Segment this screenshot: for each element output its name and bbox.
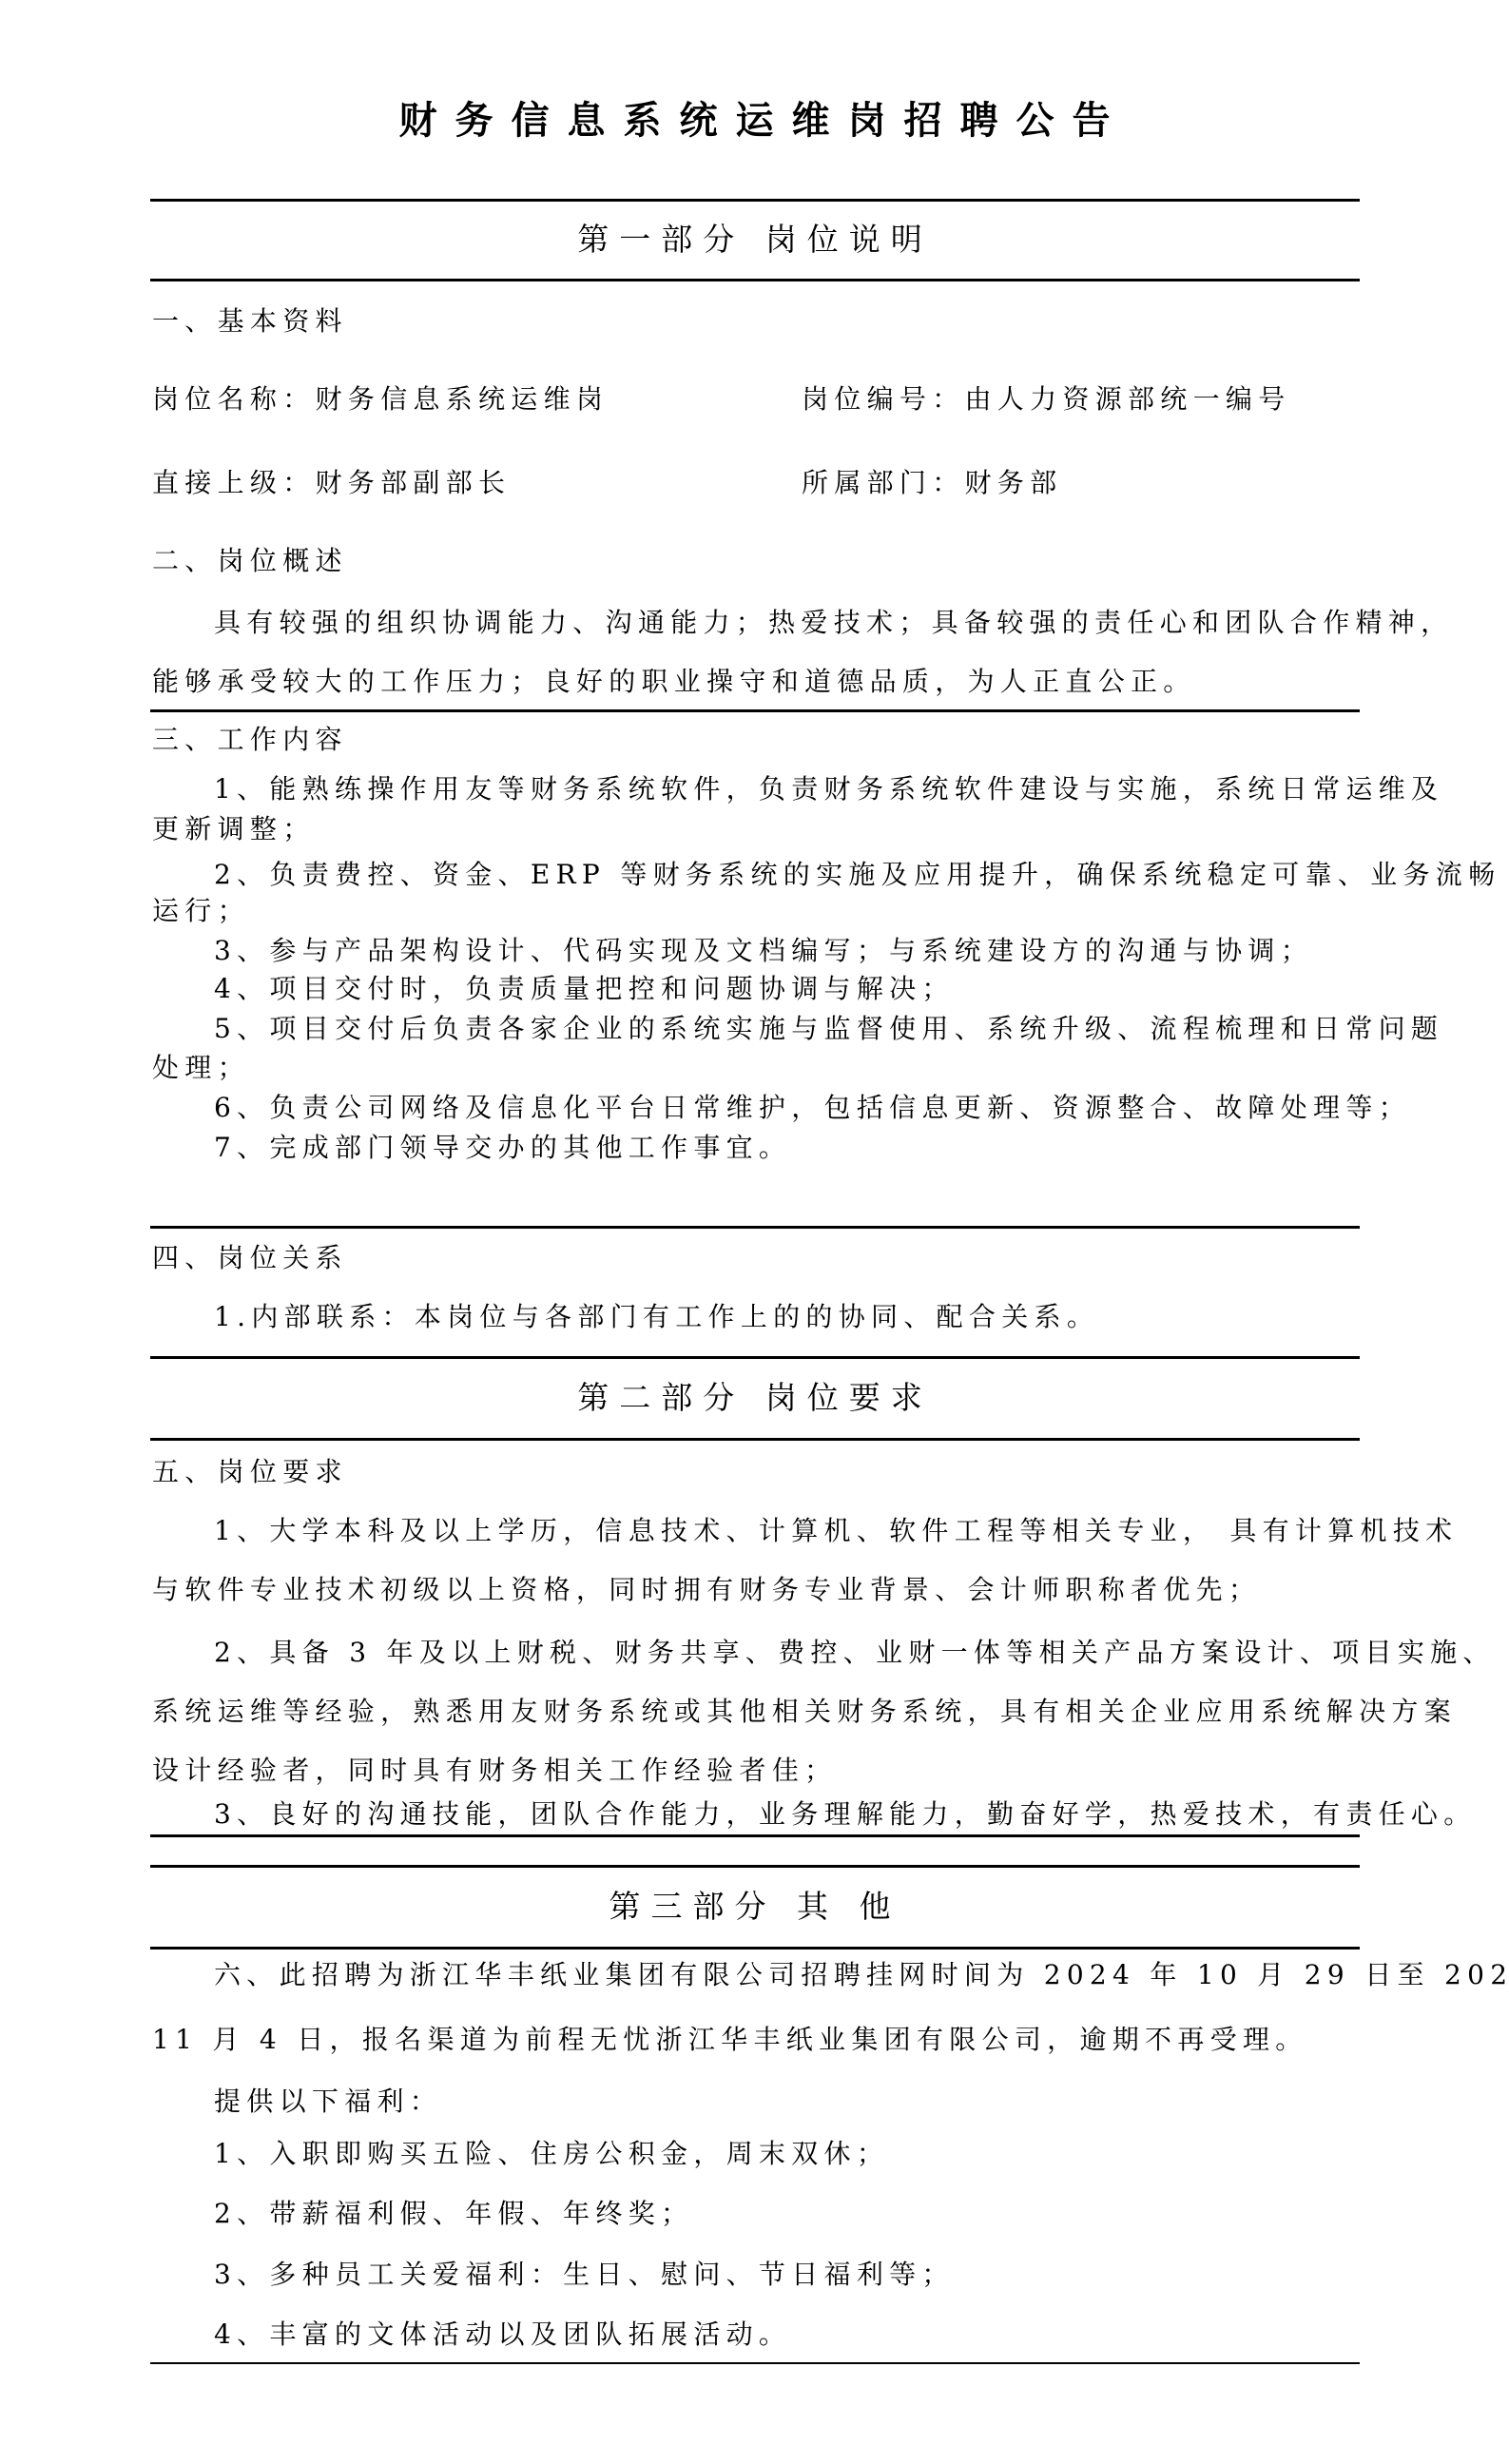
duty-line: 处理； [152,1051,250,1085]
duty-line: 6、负责公司网络及信息化平台日常维护，包括信息更新、资源整合、故障处理等； [214,1091,1411,1125]
divider-rule [150,1356,1360,1359]
duty-line: 3、参与产品架构设计、代码实现及文档编写；与系统建设方的沟通与协调； [214,934,1313,968]
divider-rule [150,2362,1360,2364]
divider-rule [150,709,1360,712]
benefit-item: 1、入职即购买五险、住房公积金，周末双休； [214,2137,889,2171]
duty-line: 运行； [152,894,250,928]
duty-line: 2、负责费控、资金、ERP 等财务系统的实施及应用提升，确保系统稳定可靠、业务流… [214,858,1500,892]
divider-rule [150,199,1360,202]
duty-line: 5、项目交付后负责各家企业的系统实施与监督使用、系统升级、流程梳理和日常问题 [214,1012,1443,1046]
requirement-line: 3、良好的沟通技能，团队合作能力，业务理解能力，勤奋好学，热爱技术，有责任心。 [214,1797,1477,1832]
benefit-item: 3、多种员工关爱福利：生日、慰问、节日福利等； [214,2258,955,2292]
part2-heading: 第二部分 岗位要求 [150,1379,1360,1417]
requirement-line: 与软件专业技术初级以上资格，同时拥有财务专业背景、会计师职称者优先； [152,1573,1261,1607]
benefit-item: 4、丰富的文体活动以及团队拓展活动。 [214,2318,791,2352]
overview-line: 能够承受较大的工作压力；良好的职业操守和道德品质，为人正直公正。 [152,665,1196,699]
requirement-line: 1、大学本科及以上学历，信息技术、计算机、软件工程等相关专业， 具有计算机技术 [214,1514,1458,1548]
section2-heading: 二、岗位概述 [152,544,348,578]
field-position-code: 岗位编号：由人力资源部统一编号 [802,382,1291,417]
notice-line: 11 月 4 日，报名渠道为前程无忧浙江华丰纸业集团有限公司，逾期不再受理。 [152,2023,1308,2057]
duty-line: 1、能熟练操作用友等财务系统软件，负责财务系统软件建设与实施，系统日常运维及 [214,772,1443,806]
notice-line: 六、此招聘为浙江华丰纸业集团有限公司招聘挂网时间为 2024 年 10 月 29… [214,1958,1509,1992]
divider-rule [150,1947,1360,1950]
field-position-name: 岗位名称：财务信息系统运维岗 [152,382,609,417]
divider-rule [150,1438,1360,1441]
divider-rule [150,279,1360,281]
relation-line: 1.内部联系：本岗位与各部门有工作上的的协同、配合关系。 [214,1300,1099,1334]
section4-heading: 四、岗位关系 [152,1241,348,1275]
requirement-line: 设计经验者，同时具有财务相关工作经验者佳； [152,1754,837,1788]
requirement-line: 系统运维等经验，熟悉用友财务系统或其他相关财务系统，具有相关企业应用系统解决方案 [152,1695,1457,1729]
section1-heading: 一、基本资料 [152,304,348,339]
benefits-intro: 提供以下福利： [214,2085,442,2119]
divider-rule [150,1834,1360,1837]
section5-heading: 五、岗位要求 [152,1455,348,1489]
field-supervisor: 直接上级：财务部副部长 [152,466,511,500]
duty-line: 7、完成部门领导交办的其他工作事宜。 [214,1131,791,1165]
document-title: 财务信息系统运维岗招聘公告 [0,97,1509,145]
overview-line: 具有较强的组织协调能力、沟通能力；热爱技术；具备较强的责任心和团队合作精神， [214,606,1453,640]
part3-heading: 第三部分 其 他 [150,1888,1360,1926]
duty-line: 更新调整； [152,812,316,846]
divider-rule [150,1865,1360,1868]
field-department: 所属部门：财务部 [802,466,1062,500]
requirement-line: 2、具备 3 年及以上财税、财务共享、费控、业财一体等相关产品方案设计、项目实施… [214,1636,1496,1670]
part1-heading: 第一部分 岗位说明 [150,221,1360,259]
section3-heading: 三、工作内容 [152,723,348,757]
duty-line: 4、项目交付时，负责质量把控和问题协调与解决； [214,972,955,1006]
benefit-item: 2、带薪福利假、年假、年终奖； [214,2197,693,2231]
divider-rule [150,1226,1360,1229]
